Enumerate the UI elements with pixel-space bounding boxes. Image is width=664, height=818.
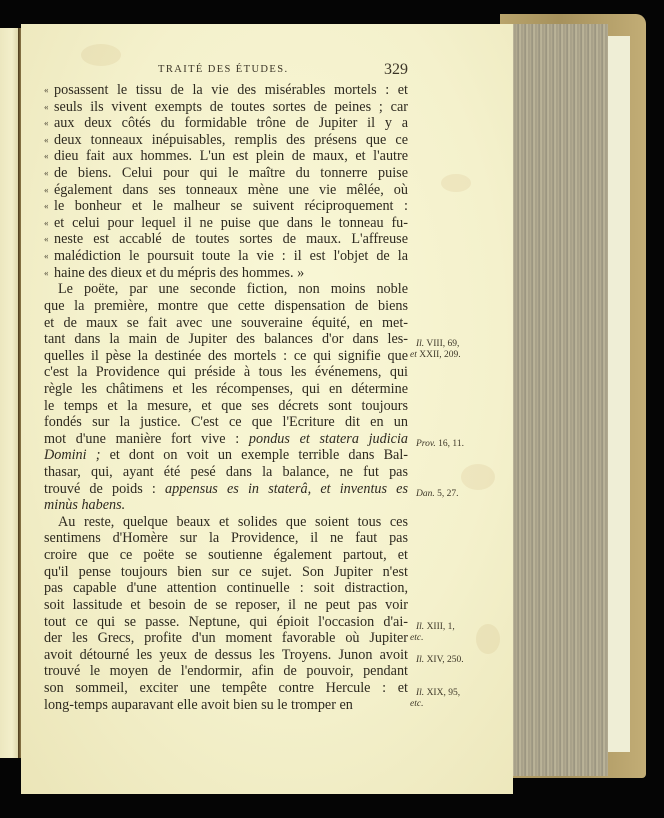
text-line: Au reste, quelque beaux et solides que s…	[44, 514, 408, 531]
text-line: «également dans ses tonneaux mène une vi…	[44, 182, 408, 199]
margin-note: Il. XIV, 250.	[410, 655, 464, 666]
text-line: long-temps auparavant elle avoit bien su…	[44, 697, 408, 714]
page-number: 329	[384, 61, 408, 79]
text-line: trouvé de poids : appensus es in staterâ…	[44, 481, 408, 498]
quote-mark: «	[44, 132, 54, 149]
text-line: «de biens. Celui pour qui le maître du t…	[44, 165, 408, 182]
quote-mark: «	[44, 198, 54, 215]
book-gutter	[18, 28, 21, 758]
facing-page-edge	[0, 28, 20, 758]
text-line: «posassent le tissu de la vie des miséra…	[44, 82, 408, 99]
text-line: tant dans la main de Jupiter des balance…	[44, 331, 408, 348]
text-line: Domini ; et dont on voit un exemple terr…	[44, 447, 408, 464]
quote-mark: «	[44, 215, 54, 232]
quote-mark: «	[44, 231, 54, 248]
quote-mark: «	[44, 148, 54, 165]
text-line: quelles il pèse la destinée des mortels …	[44, 348, 408, 365]
running-head: TRAITÉ DES ÉTUDES. 329	[0, 64, 664, 82]
text-line: son sommeil, exciter une tempête contre …	[44, 680, 408, 697]
text-line: fondés sur la justice. C'est ce que l'Ec…	[44, 414, 408, 431]
text-line: c'est la Providence qui préside à tous l…	[44, 364, 408, 381]
text-line: avoit détourné les yeux de dessus les Tr…	[44, 647, 408, 664]
text-line: minùs habens.	[44, 497, 408, 514]
text-line: der les Grecs, profite d'un moment favor…	[44, 630, 408, 647]
text-line: «seuls ils vivent exempts de toutes sort…	[44, 99, 408, 116]
margin-note: Il. XIII, 1,etc.	[410, 622, 455, 644]
page-edges	[508, 24, 608, 776]
margin-note: Il. XIX, 95,etc.	[410, 688, 460, 710]
text-line: mot d'une manière fort vive : pondus et …	[44, 431, 408, 448]
quote-mark: «	[44, 182, 54, 199]
text-line: croire que ce poëte se soutienne égaleme…	[44, 547, 408, 564]
running-head-title: TRAITÉ DES ÉTUDES.	[158, 64, 288, 75]
text-line: règle les châtimens et les récompenses, …	[44, 381, 408, 398]
margin-note: Dan. 5, 27.	[410, 489, 459, 500]
text-line: «le bonheur et le malheur se suivent réc…	[44, 198, 408, 215]
text-line: pas capable d'une attention continuelle …	[44, 580, 408, 597]
quote-mark: «	[44, 115, 54, 132]
text-line: «haine des dieux et du mépris des hommes…	[44, 265, 408, 282]
margin-note: Prov. 16, 11.	[410, 439, 464, 450]
text-line: thasar, qui, ayant été pesé dans la bala…	[44, 464, 408, 481]
text-line: que la première, montre que cette dispen…	[44, 298, 408, 315]
text-line: tout ce qui se passe. Neptune, qui épioi…	[44, 614, 408, 631]
quote-mark: «	[44, 265, 54, 282]
quote-mark: «	[44, 165, 54, 182]
body-text: «posassent le tissu de la vie des miséra…	[44, 82, 408, 713]
text-line: le temps et la mesure, et que ses décret…	[44, 398, 408, 415]
text-line: soit lassitude et besoin de se reposer, …	[44, 597, 408, 614]
text-line: «dieu fait aux hommes. L'un est plein de…	[44, 148, 408, 165]
text-line: «malédiction le poursuit toute la vie : …	[44, 248, 408, 265]
book-endpaper	[606, 36, 630, 752]
text-line: sentimens d'Homère sur la Providence, il…	[44, 530, 408, 547]
text-line: qu'il pense toujours bien sur ce sujet. …	[44, 564, 408, 581]
text-line: «et celui pour lequel il ne puise que da…	[44, 215, 408, 232]
margin-note: Il. VIII, 69,et XXII, 209.	[410, 339, 461, 361]
quote-mark: «	[44, 99, 54, 116]
text-line: et de maux se fait avec une souveraine é…	[44, 315, 408, 332]
text-line: «neste est accablé de toutes sortes de m…	[44, 231, 408, 248]
text-line: trouvé le moyen de l'endormir, afin de p…	[44, 663, 408, 680]
quote-mark: «	[44, 248, 54, 265]
text-line: «aux deux côtés du formidable trône de J…	[44, 115, 408, 132]
text-line: «deux tonneaux inépuisables, remplis des…	[44, 132, 408, 149]
quote-mark: «	[44, 82, 54, 99]
text-line: Le poëte, par une seconde fiction, non m…	[44, 281, 408, 298]
